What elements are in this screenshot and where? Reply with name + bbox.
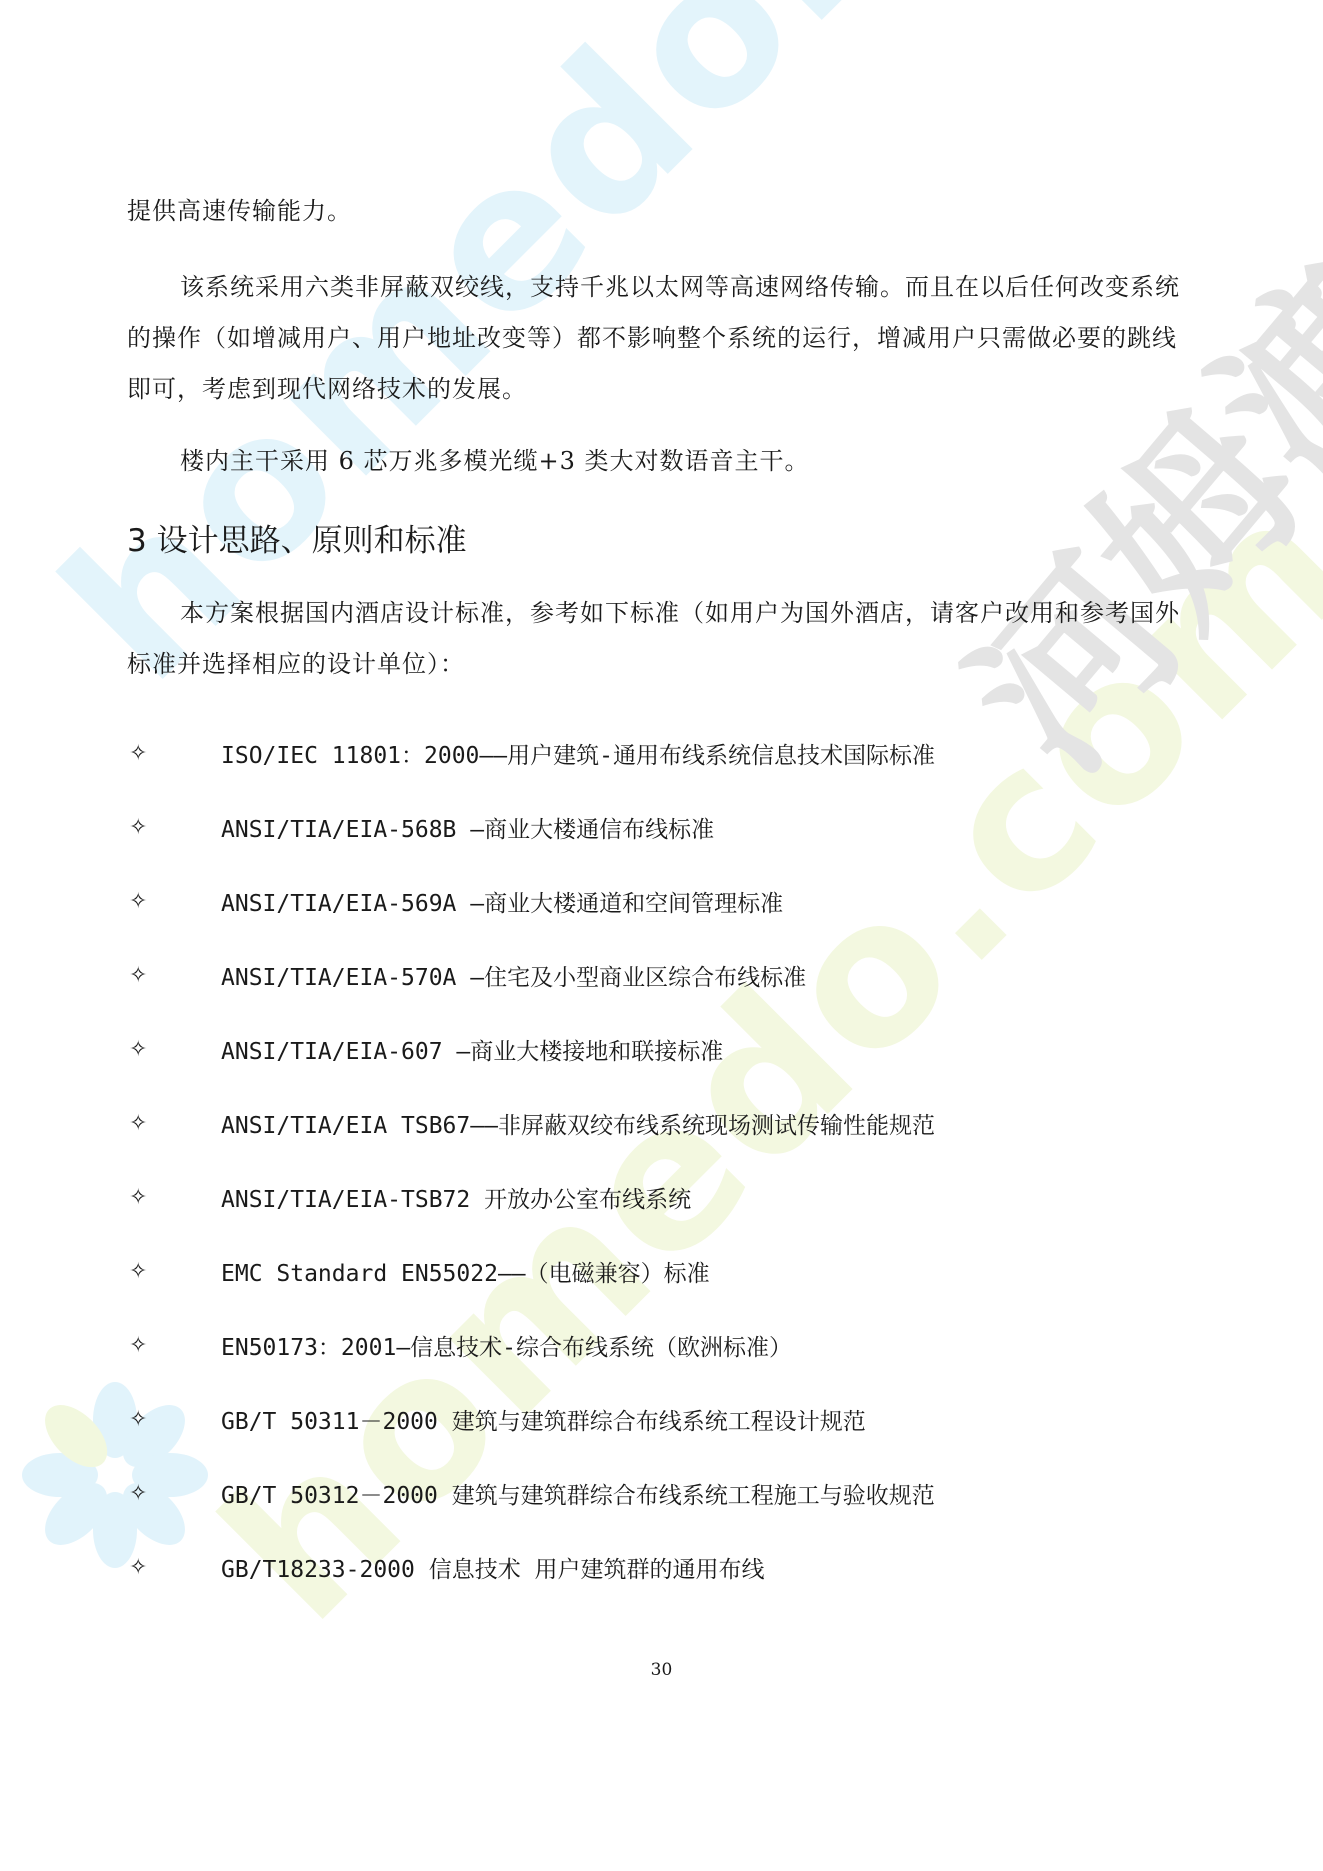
standard-text: GB/T 50311－2000 建筑与建筑群综合布线系统工程设计规范: [221, 1403, 866, 1436]
standard-text: GB/T18233-2000 信息技术 用户建筑群的通用布线: [221, 1551, 765, 1584]
standard-text: EMC Standard EN55022——（电磁兼容）标准: [221, 1255, 710, 1288]
diamond-bullet-icon: ✧: [127, 815, 221, 840]
list-item: ✧ANSI/TIA/EIA-607 —商业大楼接地和联接标准: [127, 1012, 935, 1086]
list-item: ✧GB/T18233-2000 信息技术 用户建筑群的通用布线: [127, 1530, 935, 1604]
diamond-bullet-icon: ✧: [127, 889, 221, 914]
standard-text: ANSI/TIA/EIA-570A —住宅及小型商业区综合布线标准: [221, 959, 806, 992]
list-item: ✧GB/T 50311－2000 建筑与建筑群综合布线系统工程设计规范: [127, 1382, 935, 1456]
standard-text: ANSI/TIA/EIA-568B —商业大楼通信布线标准: [221, 811, 714, 844]
standard-text: GB/T 50312－2000 建筑与建筑群综合布线系统工程施工与验收规范: [221, 1477, 935, 1510]
paragraph-intro: 本方案根据国内酒店设计标准，参考如下标准（如用户为国外酒店，请客户改用和参考国外…: [127, 588, 1197, 690]
diamond-bullet-icon: ✧: [127, 741, 221, 766]
standards-list: ✧ISO/IEC 11801：2000——用户建筑-通用布线系统信息技术国际标准…: [127, 716, 935, 1604]
diamond-bullet-icon: ✧: [127, 1259, 221, 1284]
list-item: ✧ANSI/TIA/EIA-570A —住宅及小型商业区综合布线标准: [127, 938, 935, 1012]
standard-text: ISO/IEC 11801：2000——用户建筑-通用布线系统信息技术国际标准: [221, 737, 935, 770]
diamond-bullet-icon: ✧: [127, 1407, 221, 1432]
list-item: ✧GB/T 50312－2000 建筑与建筑群综合布线系统工程施工与验收规范: [127, 1456, 935, 1530]
standard-text: ANSI/TIA/EIA-607 —商业大楼接地和联接标准: [221, 1033, 723, 1066]
list-item: ✧ISO/IEC 11801：2000——用户建筑-通用布线系统信息技术国际标准: [127, 716, 935, 790]
paragraph-continuation: 提供高速传输能力。: [127, 186, 1197, 237]
diamond-bullet-icon: ✧: [127, 1481, 221, 1506]
diamond-bullet-icon: ✧: [127, 1555, 221, 1580]
list-item: ✧ANSI/TIA/EIA TSB67——非屏蔽双绞布线系统现场测试传输性能规范: [127, 1086, 935, 1160]
standard-text: ANSI/TIA/EIA-TSB72 开放办公室布线系统: [221, 1181, 691, 1214]
list-item: ✧ANSI/TIA/EIA-568B —商业大楼通信布线标准: [127, 790, 935, 864]
list-item: ✧EMC Standard EN55022——（电磁兼容）标准: [127, 1234, 935, 1308]
diamond-bullet-icon: ✧: [127, 1111, 221, 1136]
list-item: ✧ANSI/TIA/EIA-569A —商业大楼通道和空间管理标准: [127, 864, 935, 938]
diamond-bullet-icon: ✧: [127, 1333, 221, 1358]
page-number: 30: [0, 1660, 1323, 1680]
standard-text: ANSI/TIA/EIA-569A —商业大楼通道和空间管理标准: [221, 885, 783, 918]
paragraph-cabling-system: 该系统采用六类非屏蔽双绞线，支持千兆以太网等高速网络传输。而且在以后任何改变系统…: [127, 262, 1197, 415]
diamond-bullet-icon: ✧: [127, 963, 221, 988]
list-item: ✧EN50173：2001—信息技术-综合布线系统（欧洲标准）: [127, 1308, 935, 1382]
list-item: ✧ANSI/TIA/EIA-TSB72 开放办公室布线系统: [127, 1160, 935, 1234]
diamond-bullet-icon: ✧: [127, 1185, 221, 1210]
diamond-bullet-icon: ✧: [127, 1037, 221, 1062]
paragraph-backbone: 楼内主干采用 6 芯万兆多模光缆+3 类大对数语音主干。: [127, 436, 1197, 487]
standard-text: EN50173：2001—信息技术-综合布线系统（欧洲标准）: [221, 1329, 792, 1362]
section-heading: 3 设计思路、原则和标准: [127, 515, 467, 560]
standard-text: ANSI/TIA/EIA TSB67——非屏蔽双绞布线系统现场测试传输性能规范: [221, 1107, 935, 1140]
